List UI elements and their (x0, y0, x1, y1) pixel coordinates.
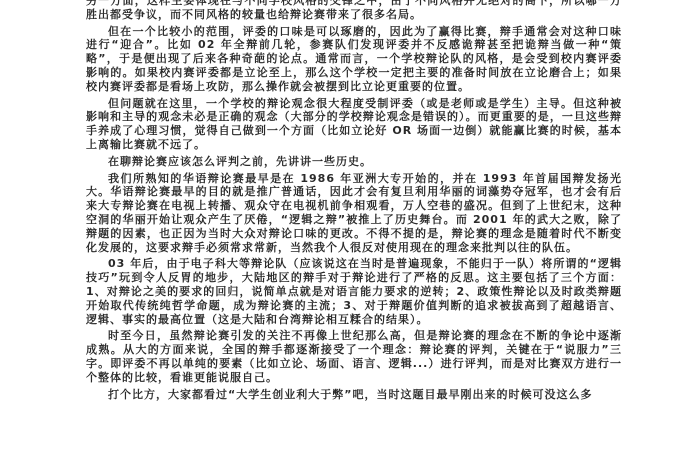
document-text-block: 另一方面，这样主要体现在与不同学校风格的交锋之中，由于不同风格并无绝对的高下，所… (86, 0, 622, 404)
paragraph-1: 另一方面，这样主要体现在与不同学校风格的交锋之中，由于不同风格并无绝对的高下，所… (86, 0, 622, 22)
paragraph-8: 打个比方，大家都看过“大学生创业利大于弊”吧，当时这题目最早刚出来的时候可没这么… (86, 388, 622, 402)
paragraph-7: 时至今日，虽然辩论赛引发的关注不再像上世纪那么高，但是辩论赛的理念在不断的争论中… (86, 329, 622, 384)
paragraph-2: 但在一个比较小的范围，评委的口味是可以琢磨的，因此为了赢得比赛，辩手通常会对这种… (86, 25, 622, 94)
document-page: 另一方面，这样主要体现在与不同学校风格的交锋之中，由于不同风格并无绝对的高下，所… (0, 0, 700, 470)
paragraph-3: 但问题就在这里，一个学校的辩论观念很大程度受制评委（或是老师或是学生）主导。但这… (86, 97, 622, 152)
paragraph-5: 我们所熟知的华语辩论赛最早是在 1986 年亚洲大专开始的，并在 1993 年首… (86, 172, 622, 255)
paragraph-6: 03 年后，由于电子科大等辩论队（应该说这在当时是普遍现象，不能归于一队）将所谓… (86, 257, 622, 326)
paragraph-4: 在聊辩论赛应该怎么评判之前，先讲讲一些历史。 (86, 155, 622, 169)
